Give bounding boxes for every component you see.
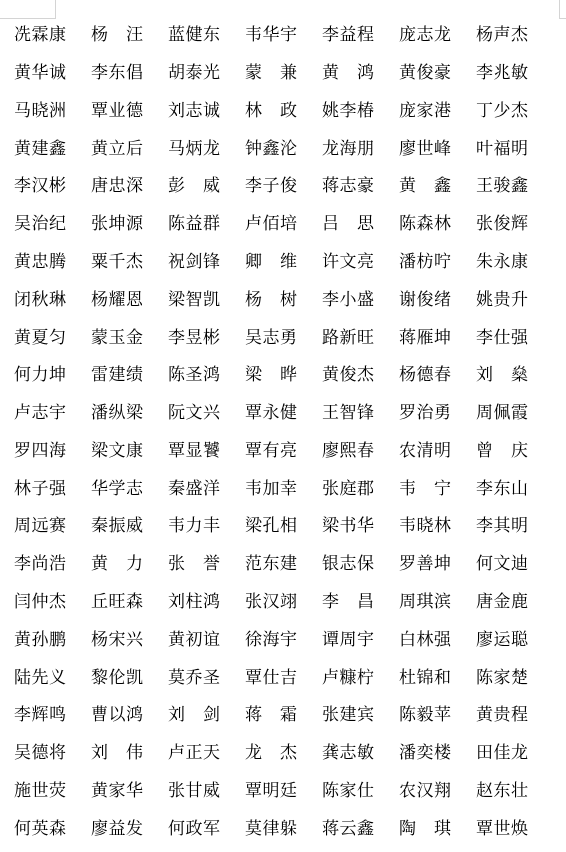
name-cell: 黄鸿	[322, 63, 374, 83]
name-cell: 黄华诚	[14, 63, 66, 83]
name-row: 李尚浩黄力张誉范东建银志保罗善坤何文迪	[14, 545, 528, 583]
name-cell: 李东倡	[91, 63, 143, 83]
name-cell: 唐忠深	[91, 176, 143, 196]
person-name: 吴德将	[14, 743, 66, 763]
name-cell: 陈毅苹	[399, 705, 451, 725]
name-cell: 钟鑫沦	[245, 139, 297, 159]
person-name: 李尚浩	[14, 554, 66, 574]
name-cell: 陈圣鸿	[168, 365, 220, 385]
person-name: 王骏鑫	[476, 176, 528, 196]
name-row: 闫仲杰丘旺森刘柱鸿张汉翊李昌周琪滨唐金鹿	[14, 583, 528, 621]
person-name: 龙海朋	[322, 139, 374, 159]
name-cell: 蒙玉金	[91, 328, 143, 348]
name-cell: 杜锦和	[399, 668, 451, 688]
name-cell: 何文迪	[476, 554, 528, 574]
name-cell: 韦华宇	[245, 25, 297, 45]
name-cell: 廖运聪	[476, 630, 528, 650]
person-name: 阮文兴	[168, 403, 220, 423]
name-cell: 韦晓林	[399, 516, 451, 536]
name-cell: 陈家仕	[322, 781, 374, 801]
person-name: 覃明廷	[245, 781, 297, 801]
name-cell: 蒋雁坤	[399, 328, 451, 348]
name-cell: 韦力丰	[168, 516, 220, 536]
name-cell: 庞志龙	[399, 25, 451, 45]
person-name: 罗四海	[14, 441, 66, 461]
name-cell: 张誉	[168, 554, 220, 574]
name-cell: 姚李椿	[322, 101, 374, 121]
person-name: 张誉	[168, 554, 220, 574]
person-name: 吴治纪	[14, 214, 66, 234]
name-cell: 粟千杰	[91, 252, 143, 272]
person-name: 周佩霞	[476, 403, 528, 423]
person-name: 黄建鑫	[14, 139, 66, 159]
person-name: 曾庆	[476, 441, 528, 461]
name-cell: 覃显饕	[168, 441, 220, 461]
name-row: 闭秋琳杨耀恩梁智凯杨树李小盛谢俊绪姚贵升	[14, 281, 528, 319]
person-name: 李东倡	[91, 63, 143, 83]
person-name: 覃世焕	[476, 819, 528, 839]
name-row: 黄建鑫黄立后马炳龙钟鑫沦龙海朋廖世峰叶福明	[14, 129, 528, 167]
person-name: 吕思	[322, 214, 374, 234]
document-page: 冼霖康杨汪蓝健东韦华宇李益程庞志龙杨声杰黄华诚李东倡胡泰光蒙兼黄鸿黄俊豪李兆敏马…	[0, 0, 566, 852]
person-name: 莫乔圣	[168, 668, 220, 688]
person-name: 刘柱鸿	[168, 592, 220, 612]
person-name: 路新旺	[322, 328, 374, 348]
name-cell: 龚志敏	[322, 743, 374, 763]
name-cell: 覃明廷	[245, 781, 297, 801]
name-cell: 张庭郡	[322, 479, 374, 499]
name-cell: 莫乔圣	[168, 668, 220, 688]
name-cell: 龙杰	[245, 743, 297, 763]
name-cell: 周远赛	[14, 516, 66, 536]
person-name: 丁少杰	[476, 101, 528, 121]
person-name: 杨声杰	[476, 25, 528, 45]
person-name: 梁孔相	[245, 516, 297, 536]
person-name: 梁文康	[91, 441, 143, 461]
name-cell: 刘燊	[476, 365, 528, 385]
person-name: 黄力	[91, 554, 143, 574]
name-cell: 华学志	[91, 479, 143, 499]
name-cell: 曹以鸿	[91, 705, 143, 725]
name-cell: 王骏鑫	[476, 176, 528, 196]
name-cell: 黄忠腾	[14, 252, 66, 272]
person-name: 陈毅苹	[399, 705, 451, 725]
name-cell: 蒋霜	[245, 705, 297, 725]
name-cell: 庞家港	[399, 101, 451, 121]
name-cell: 黄孙鹏	[14, 630, 66, 650]
name-cell: 徐海宇	[245, 630, 297, 650]
name-row: 罗四海梁文康覃显饕覃有亮廖熙春农清明曾庆	[14, 432, 528, 470]
person-name: 陈益群	[168, 214, 220, 234]
name-cell: 王智锋	[322, 403, 374, 423]
name-cell: 李兆敏	[476, 63, 528, 83]
person-name: 李小盛	[322, 290, 374, 310]
name-cell: 周琪滨	[399, 592, 451, 612]
name-row: 李汉彬唐忠深彭威李子俊蒋志豪黄鑫王骏鑫	[14, 167, 528, 205]
person-name: 李仕强	[476, 328, 528, 348]
person-name: 杨德春	[399, 365, 451, 385]
person-name: 蒙兼	[245, 63, 297, 83]
name-cell: 杨树	[245, 290, 297, 310]
name-cell: 何英森	[14, 819, 66, 839]
name-cell: 李其明	[476, 516, 528, 536]
name-cell: 刘伟	[91, 743, 143, 763]
person-name: 覃有亮	[245, 441, 297, 461]
name-cell: 卢志宇	[14, 403, 66, 423]
name-cell: 张坤源	[91, 214, 143, 234]
person-name: 李汉彬	[14, 176, 66, 196]
person-name: 梁书华	[322, 516, 374, 536]
person-name: 陆先义	[14, 668, 66, 688]
name-row: 冼霖康杨汪蓝健东韦华宇李益程庞志龙杨声杰	[14, 16, 528, 54]
name-cell: 彭威	[168, 176, 220, 196]
name-row: 黄忠腾粟千杰祝剑锋卿维许文亮潘枋咛朱永康	[14, 243, 528, 281]
name-cell: 李益程	[322, 25, 374, 45]
name-cell: 黄贵程	[476, 705, 528, 725]
name-cell: 李仕强	[476, 328, 528, 348]
person-name: 李昱彬	[168, 328, 220, 348]
name-cell: 张甘威	[168, 781, 220, 801]
person-name: 赵东壮	[476, 781, 528, 801]
name-cell: 施世荧	[14, 781, 66, 801]
person-name: 刘剑	[168, 705, 220, 725]
person-name: 张庭郡	[322, 479, 374, 499]
person-name: 粟千杰	[91, 252, 143, 272]
name-row: 黄夏匀蒙玉金李昱彬吴志勇路新旺蒋雁坤李仕强	[14, 318, 528, 356]
person-name: 覃业德	[91, 101, 143, 121]
person-name: 廖益发	[91, 819, 143, 839]
name-row: 吴治纪张坤源陈益群卢佰培吕思陈森林张俊辉	[14, 205, 528, 243]
person-name: 庞家港	[399, 101, 451, 121]
name-cell: 吕思	[322, 214, 374, 234]
person-name: 何文迪	[476, 554, 528, 574]
name-cell: 梁晔	[245, 365, 297, 385]
person-name: 黄贵程	[476, 705, 528, 725]
person-name: 林子强	[14, 479, 66, 499]
person-name: 马晓洲	[14, 101, 66, 121]
person-name: 周琪滨	[399, 592, 451, 612]
person-name: 梁晔	[245, 365, 297, 385]
person-name: 李辉鸣	[14, 705, 66, 725]
name-cell: 唐金鹿	[476, 592, 528, 612]
person-name: 叶福明	[476, 139, 528, 159]
name-cell: 陈森林	[399, 214, 451, 234]
name-cell: 范东建	[245, 554, 297, 574]
person-name: 丘旺森	[91, 592, 143, 612]
person-name: 张建宾	[322, 705, 374, 725]
name-cell: 黄初谊	[168, 630, 220, 650]
name-cell: 农清明	[399, 441, 451, 461]
person-name: 廖运聪	[476, 630, 528, 650]
person-name: 韦力丰	[168, 516, 220, 536]
name-cell: 黄鑫	[399, 176, 451, 196]
name-cell: 秦振威	[91, 516, 143, 536]
person-name: 田佳龙	[476, 743, 528, 763]
person-name: 黄华诚	[14, 63, 66, 83]
name-cell: 杨宋兴	[91, 630, 143, 650]
person-name: 黄夏匀	[14, 328, 66, 348]
person-name: 卿维	[245, 252, 297, 272]
person-name: 杨宋兴	[91, 630, 143, 650]
name-cell: 吴德将	[14, 743, 66, 763]
person-name: 张甘威	[168, 781, 220, 801]
name-cell: 廖世峰	[399, 139, 451, 159]
person-name: 覃永健	[245, 403, 297, 423]
person-name: 龙杰	[245, 743, 297, 763]
name-cell: 胡泰光	[168, 63, 220, 83]
name-cell: 何政军	[168, 819, 220, 839]
person-name: 闭秋琳	[14, 290, 66, 310]
person-name: 彭威	[168, 176, 220, 196]
name-cell: 李小盛	[322, 290, 374, 310]
name-cell: 农汉翔	[399, 781, 451, 801]
person-name: 蒋霜	[245, 705, 297, 725]
person-name: 胡泰光	[168, 63, 220, 83]
name-cell: 韦宁	[399, 479, 451, 499]
person-name: 李益程	[322, 25, 374, 45]
name-cell: 谢俊绪	[399, 290, 451, 310]
person-name: 杨树	[245, 290, 297, 310]
name-cell: 张俊辉	[476, 214, 528, 234]
name-row: 周远赛秦振威韦力丰梁孔相梁书华韦晓林李其明	[14, 507, 528, 545]
name-cell: 许文亮	[322, 252, 374, 272]
name-cell: 谭周宇	[322, 630, 374, 650]
name-cell: 冼霖康	[14, 25, 66, 45]
name-cell: 蓝健东	[168, 25, 220, 45]
name-cell: 黄家华	[91, 781, 143, 801]
person-name: 农汉翔	[399, 781, 451, 801]
name-cell: 马炳龙	[168, 139, 220, 159]
name-cell: 李汉彬	[14, 176, 66, 196]
person-name: 林政	[245, 101, 297, 121]
name-cell: 陆先义	[14, 668, 66, 688]
name-cell: 廖益发	[91, 819, 143, 839]
name-cell: 何力坤	[14, 365, 66, 385]
person-name: 黄鸿	[322, 63, 374, 83]
name-cell: 覃仕吉	[245, 668, 297, 688]
name-row: 李辉鸣曹以鸿刘剑蒋霜张建宾陈毅苹黄贵程	[14, 696, 528, 734]
name-cell: 罗善坤	[399, 554, 451, 574]
person-name: 李其明	[476, 516, 528, 536]
name-cell: 廖熙春	[322, 441, 374, 461]
person-name: 刘燊	[476, 365, 528, 385]
name-cell: 卢糠柠	[322, 668, 374, 688]
person-name: 农清明	[399, 441, 451, 461]
person-name: 银志保	[322, 554, 374, 574]
name-cell: 吴治纪	[14, 214, 66, 234]
person-name: 韦宁	[399, 479, 451, 499]
name-row: 马晓洲覃业德刘志诚林政姚李椿庞家港丁少杰	[14, 92, 528, 130]
name-cell: 龙海朋	[322, 139, 374, 159]
person-name: 杜锦和	[399, 668, 451, 688]
person-name: 黄忠腾	[14, 252, 66, 272]
person-name: 何政军	[168, 819, 220, 839]
name-cell: 梁孔相	[245, 516, 297, 536]
name-cell: 张汉翊	[245, 592, 297, 612]
name-cell: 阮文兴	[168, 403, 220, 423]
name-cell: 杨德春	[399, 365, 451, 385]
person-name: 覃仕吉	[245, 668, 297, 688]
name-cell: 罗治勇	[399, 403, 451, 423]
person-name: 何英森	[14, 819, 66, 839]
name-cell: 梁文康	[91, 441, 143, 461]
name-cell: 李昱彬	[168, 328, 220, 348]
person-name: 闫仲杰	[14, 592, 66, 612]
person-name: 唐金鹿	[476, 592, 528, 612]
name-cell: 黄俊杰	[322, 365, 374, 385]
name-cell: 刘柱鸿	[168, 592, 220, 612]
person-name: 罗善坤	[399, 554, 451, 574]
person-name: 秦振威	[91, 516, 143, 536]
name-row: 何英森廖益发何政军莫律躲蒋云鑫陶琪覃世焕	[14, 810, 528, 848]
name-cell: 刘剑	[168, 705, 220, 725]
name-row: 陆先义黎伦凯莫乔圣覃仕吉卢糠柠杜锦和陈家楚	[14, 659, 528, 697]
name-cell: 潘枋咛	[399, 252, 451, 272]
name-cell: 刘志诚	[168, 101, 220, 121]
person-name: 黎伦凯	[91, 668, 143, 688]
person-name: 吴志勇	[245, 328, 297, 348]
name-cell: 陶琪	[399, 819, 451, 839]
name-cell: 周佩霞	[476, 403, 528, 423]
name-cell: 杨声杰	[476, 25, 528, 45]
name-cell: 梁智凯	[168, 290, 220, 310]
person-name: 杨耀恩	[91, 290, 143, 310]
name-row: 何力坤雷建绩陈圣鸿梁晔黄俊杰杨德春刘燊	[14, 356, 528, 394]
name-cell: 覃永健	[245, 403, 297, 423]
name-cell: 覃业德	[91, 101, 143, 121]
name-cell: 潘纵梁	[91, 403, 143, 423]
name-cell: 张建宾	[322, 705, 374, 725]
name-row: 黄华诚李东倡胡泰光蒙兼黄鸿黄俊豪李兆敏	[14, 54, 528, 92]
name-cell: 林子强	[14, 479, 66, 499]
name-cell: 黄力	[91, 554, 143, 574]
person-name: 陈圣鸿	[168, 365, 220, 385]
name-cell: 陈家楚	[476, 668, 528, 688]
person-name: 覃显饕	[168, 441, 220, 461]
person-name: 唐忠深	[91, 176, 143, 196]
person-name: 庞志龙	[399, 25, 451, 45]
person-name: 黄俊杰	[322, 365, 374, 385]
person-name: 李子俊	[245, 176, 297, 196]
person-name: 姚贵升	[476, 290, 528, 310]
name-grid: 冼霖康杨汪蓝健东韦华宇李益程庞志龙杨声杰黄华诚李东倡胡泰光蒙兼黄鸿黄俊豪李兆敏马…	[14, 16, 528, 848]
name-cell: 叶福明	[476, 139, 528, 159]
person-name: 韦加幸	[245, 479, 297, 499]
name-cell: 卢正天	[168, 743, 220, 763]
person-name: 潘枋咛	[399, 252, 451, 272]
person-name: 龚志敏	[322, 743, 374, 763]
name-cell: 闭秋琳	[14, 290, 66, 310]
person-name: 徐海宇	[245, 630, 297, 650]
person-name: 范东建	[245, 554, 297, 574]
person-name: 蒋云鑫	[322, 819, 374, 839]
name-cell: 白林强	[399, 630, 451, 650]
name-cell: 赵东壮	[476, 781, 528, 801]
person-name: 李昌	[322, 592, 374, 612]
person-name: 雷建绩	[91, 365, 143, 385]
name-row: 黄孙鹏杨宋兴黄初谊徐海宇谭周宇白林强廖运聪	[14, 621, 528, 659]
person-name: 卢正天	[168, 743, 220, 763]
name-cell: 杨耀恩	[91, 290, 143, 310]
name-cell: 林政	[245, 101, 297, 121]
person-name: 祝剑锋	[168, 252, 220, 272]
person-name: 潘奕楼	[399, 743, 451, 763]
person-name: 周远赛	[14, 516, 66, 536]
person-name: 刘志诚	[168, 101, 220, 121]
person-name: 张坤源	[91, 214, 143, 234]
name-cell: 李辉鸣	[14, 705, 66, 725]
person-name: 黄鑫	[399, 176, 451, 196]
name-cell: 吴志勇	[245, 328, 297, 348]
person-name: 韦华宇	[245, 25, 297, 45]
person-name: 韦晓林	[399, 516, 451, 536]
person-name: 朱永康	[476, 252, 528, 272]
person-name: 谭周宇	[322, 630, 374, 650]
person-name: 蒋雁坤	[399, 328, 451, 348]
name-cell: 田佳龙	[476, 743, 528, 763]
person-name: 施世荧	[14, 781, 66, 801]
name-cell: 莫律躲	[245, 819, 297, 839]
person-name: 华学志	[91, 479, 143, 499]
person-name: 潘纵梁	[91, 403, 143, 423]
name-cell: 银志保	[322, 554, 374, 574]
name-cell: 覃世焕	[476, 819, 528, 839]
person-name: 刘伟	[91, 743, 143, 763]
name-cell: 蒋云鑫	[322, 819, 374, 839]
name-cell: 李尚浩	[14, 554, 66, 574]
person-name: 卢佰培	[245, 214, 297, 234]
name-cell: 李昌	[322, 592, 374, 612]
person-name: 何力坤	[14, 365, 66, 385]
name-cell: 黎伦凯	[91, 668, 143, 688]
name-cell: 黄俊豪	[399, 63, 451, 83]
name-cell: 杨汪	[91, 25, 143, 45]
name-cell: 马晓洲	[14, 101, 66, 121]
name-cell: 蒙兼	[245, 63, 297, 83]
person-name: 梁智凯	[168, 290, 220, 310]
person-name: 秦盛洋	[168, 479, 220, 499]
person-name: 张汉翊	[245, 592, 297, 612]
name-cell: 李子俊	[245, 176, 297, 196]
name-row: 吴德将刘伟卢正天龙杰龚志敏潘奕楼田佳龙	[14, 734, 528, 772]
person-name: 蒋志豪	[322, 176, 374, 196]
name-cell: 卢佰培	[245, 214, 297, 234]
name-row: 施世荧黄家华张甘威覃明廷陈家仕农汉翔赵东壮	[14, 772, 528, 810]
name-cell: 祝剑锋	[168, 252, 220, 272]
person-name: 白林强	[399, 630, 451, 650]
person-name: 杨汪	[91, 25, 143, 45]
name-cell: 韦加幸	[245, 479, 297, 499]
person-name: 姚李椿	[322, 101, 374, 121]
person-name: 黄初谊	[168, 630, 220, 650]
name-cell: 陈益群	[168, 214, 220, 234]
name-cell: 丘旺森	[91, 592, 143, 612]
person-name: 许文亮	[322, 252, 374, 272]
person-name: 冼霖康	[14, 25, 66, 45]
name-cell: 李东山	[476, 479, 528, 499]
person-name: 陈森林	[399, 214, 451, 234]
person-name: 蒙玉金	[91, 328, 143, 348]
name-cell: 覃有亮	[245, 441, 297, 461]
person-name: 黄立后	[91, 139, 143, 159]
person-name: 王智锋	[322, 403, 374, 423]
person-name: 李兆敏	[476, 63, 528, 83]
name-cell: 丁少杰	[476, 101, 528, 121]
person-name: 莫律躲	[245, 819, 297, 839]
name-row: 卢志宇潘纵梁阮文兴覃永健王智锋罗治勇周佩霞	[14, 394, 528, 432]
name-cell: 路新旺	[322, 328, 374, 348]
name-cell: 姚贵升	[476, 290, 528, 310]
